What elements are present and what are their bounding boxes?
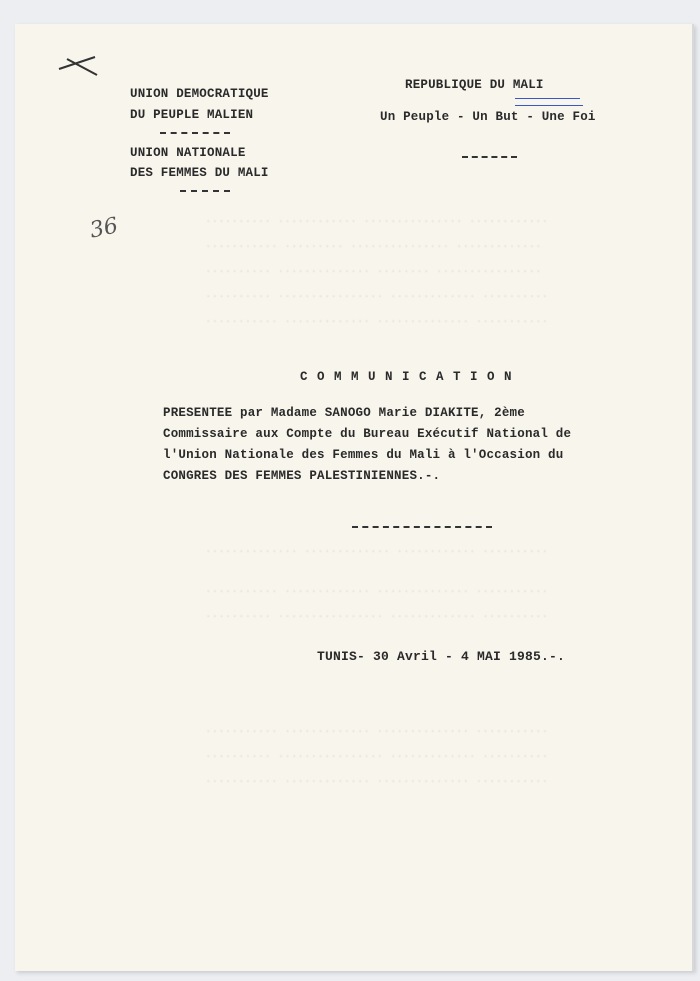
national-motto: Un Peuple - Un But - Une Foi: [380, 110, 596, 124]
handwritten-page-number: 36: [88, 213, 121, 243]
bleed-through-text: .......... ................ ............…: [205, 749, 548, 761]
communication-line: l'Union Nationale des Femmes du Mali à l…: [163, 448, 563, 462]
divider: [160, 132, 230, 134]
org-name-line1: UNION DEMOCRATIQUE: [130, 87, 269, 101]
document-page: UNION DEMOCRATIQUE DU PEUPLE MALIEN UNIO…: [15, 24, 694, 971]
communication-line: PRESENTEE par Madame SANOGO Marie DIAKIT…: [163, 406, 525, 420]
dateline: TUNIS- 30 Avril - 4 MAI 1985.-.: [317, 649, 565, 664]
handwritten-underline: [515, 105, 583, 106]
bleed-through-text: .......... ................ ............…: [205, 289, 548, 301]
bleed-through-text: ........... ......... ............... ..…: [205, 239, 542, 251]
handwritten-underline: [515, 98, 580, 99]
communication-title: C O M M U N I C A T I O N: [300, 370, 513, 384]
bleed-through-text: ........... ............. ..............…: [205, 724, 548, 736]
org-name-line2: DU PEUPLE MALIEN: [130, 108, 253, 122]
bleed-through-text: ........... ............. ..............…: [205, 314, 548, 326]
bleed-through-text: .......... ................ ............…: [205, 609, 548, 621]
republic-title: REPUBLIQUE DU MALI: [405, 78, 544, 92]
handwritten-x-mark: [57, 49, 107, 79]
bleed-through-text: .......... ............ ............... …: [205, 214, 548, 226]
communication-line: Commissaire aux Compte du Bureau Exécuti…: [163, 427, 571, 441]
divider: [180, 190, 230, 192]
communication-line: CONGRES DES FEMMES PALESTINIENNES.-.: [163, 469, 440, 483]
divider: [462, 156, 517, 158]
bleed-through-text: .............. ............. ...........…: [205, 544, 548, 556]
org-name-line4: DES FEMMES DU MALI: [130, 166, 269, 180]
bleed-through-text: ........... ............. ..............…: [205, 584, 548, 596]
divider: [352, 526, 492, 528]
bleed-through-text: .......... .............. ........ .....…: [205, 264, 542, 276]
org-name-line3: UNION NATIONALE: [130, 146, 246, 160]
bleed-through-text: ........... ............. ..............…: [205, 774, 548, 786]
